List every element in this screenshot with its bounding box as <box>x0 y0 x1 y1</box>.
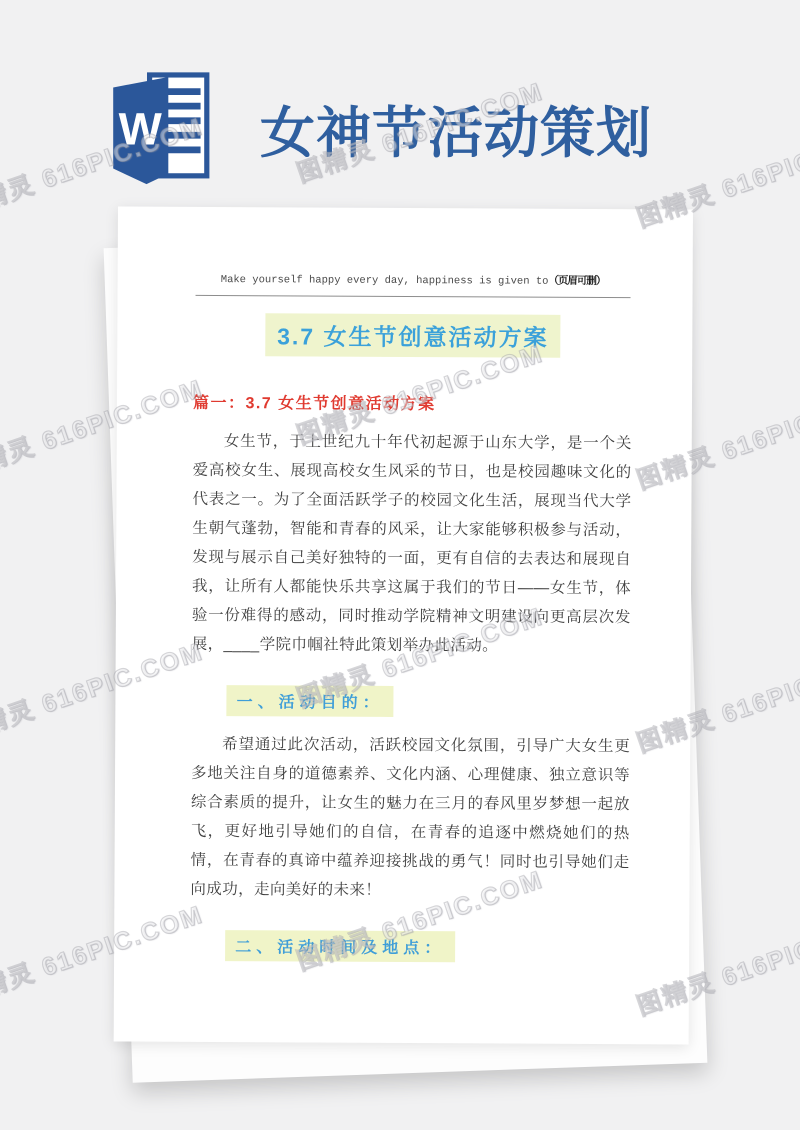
word-document-icon: W <box>108 69 212 187</box>
section-heading-highlight: 二、活动时间及地点： <box>225 930 455 962</box>
body-paragraph: 希望通过此次活动，活跃校园文化氛围，引导广大女生更多地关注自身的道德素养、文化内… <box>190 730 630 906</box>
banner-title: 女神节活动策划 <box>260 89 652 168</box>
word-icon-letter: W <box>119 104 163 155</box>
section-heading-blue: 二、活动时间及地点： <box>190 930 629 963</box>
document-page: Make yourself happy every day, happiness… <box>114 206 693 1044</box>
document-title: 3.7 女生节创意活动方案 <box>265 313 561 358</box>
section-heading-red: 篇一：3.7 女生节创意活动方案 <box>193 390 632 415</box>
page-header-note: Make yourself happy every day, happiness… <box>194 271 633 288</box>
screenshot-stage: W 女神节活动策划 Make yourself happy every day,… <box>0 0 800 1130</box>
section-heading-highlight: 一、活动目的： <box>227 685 394 717</box>
page-header-note-paren: （页眉可删） <box>548 276 605 288</box>
banner: W 女神节活动策划 <box>108 68 652 188</box>
body-paragraph: 女生节，于上世纪九十年代初起源于山东大学，是一个关爱高校女生、展现高校女生风采的… <box>192 427 632 661</box>
section-heading-blue: 一、活动目的： <box>191 685 630 718</box>
document-title-row: 3.7 女生节创意活动方案 <box>193 313 632 358</box>
page-header-note-en: Make yourself happy every day, happiness… <box>221 274 549 288</box>
header-divider <box>196 295 631 298</box>
document-body: 篇一：3.7 女生节创意活动方案女生节，于上世纪九十年代初起源于山东大学，是一个… <box>190 390 632 963</box>
